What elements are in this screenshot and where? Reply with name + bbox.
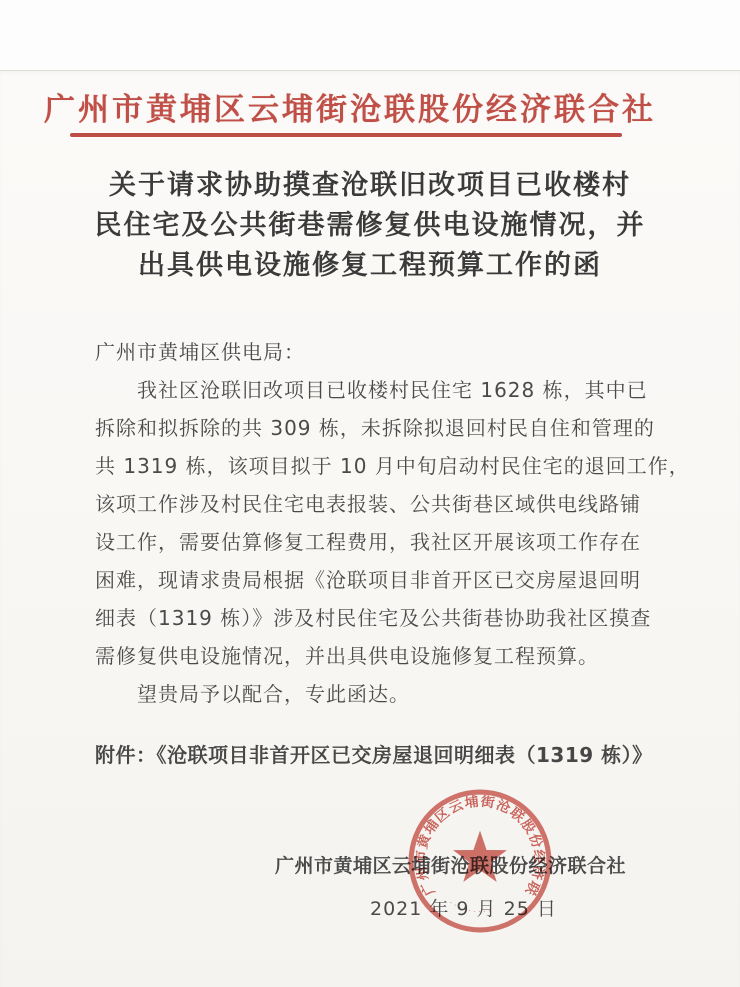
body-line: 望贵局予以配合，专此函达。 bbox=[95, 675, 655, 713]
seal-bottom-marks: ········· bbox=[447, 898, 494, 916]
title-line-3: 出具供电设施修复工程预算工作的函 bbox=[40, 246, 700, 286]
body-line: 需修复供电设施情况，并出具供电设施修复工程预算。 bbox=[95, 637, 655, 675]
attachment-note: 附件：《沧联项目非首开区已交房屋退回明细表（1319 栋）》 bbox=[95, 739, 695, 768]
body-line: 该项工作涉及村民住宅电表报装、公共街巷区域供电线路铺 bbox=[95, 485, 655, 523]
letterhead-divider bbox=[70, 133, 622, 137]
document-title: 关于请求协助摸查沧联旧改项目已收楼村 民住宅及公共街巷需修复供电设施情况，并 出… bbox=[40, 166, 700, 286]
star-icon bbox=[453, 831, 507, 882]
seal-ring-text: 广州市黄埔区云埔街沧联股份经济联合社 bbox=[404, 785, 548, 899]
body-line: 困难，现请求贵局根据《沧联项目非首开区已交房屋退回明 bbox=[95, 561, 655, 599]
body-line: 细表（1319 栋）》涉及村民住宅及公共街巷协助我社区摸查 bbox=[95, 599, 655, 637]
photo-background-top bbox=[0, 0, 740, 70]
body-line: 我社区沧联旧改项目已收楼村民住宅 1628 栋，其中已 bbox=[95, 371, 655, 409]
letterhead-org-name: 广州市黄埔区云埔街沧联股份经济联合社 bbox=[40, 84, 660, 129]
title-line-2: 民住宅及公共街巷需修复供电设施情况，并 bbox=[40, 206, 700, 246]
svg-text:·········: ········· bbox=[447, 898, 494, 916]
svg-text:广州市黄埔区云埔街沧联股份经济联合社: 广州市黄埔区云埔街沧联股份经济联合社 bbox=[404, 785, 548, 899]
body-line: 共 1319 栋，该项目拟于 10 月中旬启动村民住宅的退回工作， bbox=[95, 447, 655, 485]
seal-graphic: 广州市黄埔区云埔街沧联股份经济联合社 ········· bbox=[404, 785, 556, 937]
body-line: 广州市黄埔区供电局： bbox=[95, 333, 655, 371]
body-line: 拆除和拟拆除的共 309 栋，未拆除拟退回村民自住和管理的 bbox=[95, 409, 655, 447]
official-seal: 广州市黄埔区云埔街沧联股份经济联合社 ········· bbox=[404, 785, 556, 937]
letter-body: 广州市黄埔区供电局： 我社区沧联旧改项目已收楼村民住宅 1628 栋，其中已拆除… bbox=[95, 333, 655, 713]
title-line-1: 关于请求协助摸查沧联旧改项目已收楼村 bbox=[40, 166, 700, 206]
body-line: 设工作，需要估算修复工程费用，我社区开展该项工作存在 bbox=[95, 523, 655, 561]
